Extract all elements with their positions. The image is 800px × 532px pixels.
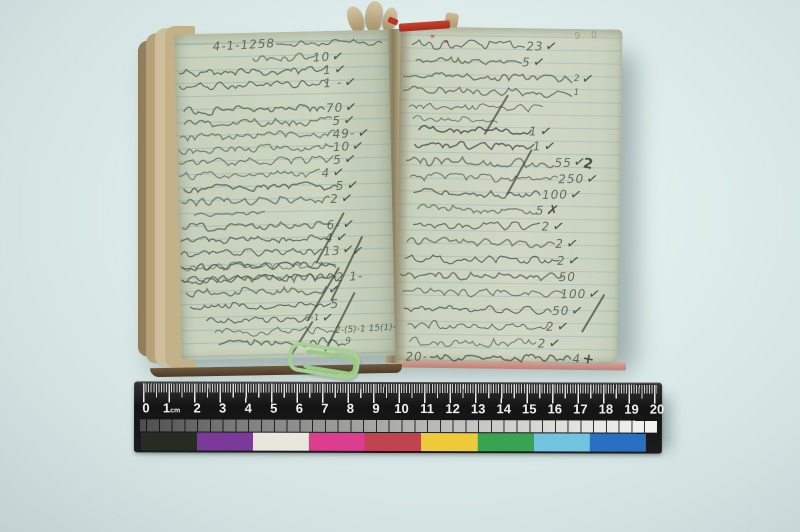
tick-mark: ✓ bbox=[544, 38, 557, 56]
scale-ruler: 01cm234567891011121314151617181920 bbox=[134, 381, 662, 453]
handwriting-scribble bbox=[401, 266, 557, 284]
handwriting-amount: 5 bbox=[536, 203, 545, 217]
handwriting-amount: 9 bbox=[345, 336, 351, 346]
handwriting-amount: 1 bbox=[533, 139, 542, 153]
ruler-number-14: 14 bbox=[496, 401, 511, 416]
handwriting-amount: 5 bbox=[522, 55, 531, 69]
handwriting-amount: 100 bbox=[542, 187, 568, 201]
handwriting-amount: 4 bbox=[572, 352, 581, 366]
handwriting-amount: 50 bbox=[552, 304, 570, 318]
handwriting-scribble bbox=[412, 36, 524, 54]
tick-mark: ✓2 bbox=[572, 154, 592, 173]
ruler-number-11: 11 bbox=[420, 401, 434, 416]
handwriting-scribble bbox=[407, 233, 553, 251]
ruler-number-10: 10 bbox=[394, 401, 409, 416]
color-patch-red bbox=[365, 433, 421, 451]
tick-mark: ✓ bbox=[580, 70, 593, 88]
handwriting-scribble bbox=[413, 217, 539, 235]
ruler-number-9: 9 bbox=[372, 401, 379, 416]
ruler-number-0: 0 bbox=[142, 400, 149, 415]
tick-mark: ✓ bbox=[343, 74, 355, 91]
ruler-number-8: 8 bbox=[347, 401, 354, 416]
color-patch-purple bbox=[197, 432, 253, 450]
tick-mark: ✓ bbox=[343, 151, 355, 168]
handwriting-amount: 2 bbox=[541, 220, 550, 234]
ruler-number-16: 16 bbox=[548, 401, 563, 416]
color-patch-black bbox=[141, 432, 197, 450]
ruler-number-4: 4 bbox=[245, 401, 252, 416]
handwriting-scribble bbox=[430, 349, 570, 367]
handwriting-amount: 2 bbox=[330, 192, 339, 206]
handwriting-amount: 2 bbox=[555, 237, 564, 251]
handwriting-line: 50 bbox=[401, 266, 577, 285]
tick-mark: ✓ bbox=[564, 235, 577, 253]
ruler-number-2: 2 bbox=[193, 400, 200, 415]
handwriting-amount: 100 bbox=[560, 287, 586, 301]
color-patch-green bbox=[477, 433, 533, 451]
handwriting-head: 20- bbox=[405, 349, 428, 363]
handwriting-scribble bbox=[402, 283, 558, 301]
ruler-number-6: 6 bbox=[296, 401, 303, 416]
handwriting-amount: 55 bbox=[554, 156, 572, 170]
tick-mark: ✓ bbox=[340, 190, 352, 207]
handwriting-amount: 2 bbox=[574, 74, 580, 84]
tick-mark: + bbox=[581, 350, 594, 368]
tick-mark: ✓ bbox=[587, 286, 600, 304]
ruler-number-13: 13 bbox=[471, 401, 486, 416]
handwriting-line: 20-4+ bbox=[405, 348, 592, 367]
ruler-number-12: 12 bbox=[445, 401, 460, 416]
tick-mark: ✓ bbox=[531, 54, 544, 72]
handwriting-amount: 1 bbox=[574, 88, 580, 98]
handwriting-scribble bbox=[179, 75, 321, 94]
handwriting-scribble bbox=[416, 53, 520, 71]
handwriting-amount: 23 bbox=[526, 39, 544, 53]
handwriting-amount: 50 bbox=[559, 270, 577, 284]
tick-mark: ✗ bbox=[545, 202, 558, 220]
ruler-number-7: 7 bbox=[321, 401, 328, 416]
handwriting-line: 2✓ bbox=[413, 217, 562, 235]
handwriting-scribble bbox=[418, 201, 534, 219]
open-notebook: 4-1-125810✓1✓1 -✓70✓5✓49-✓10✓5✓4✓5✓2✓6-✓… bbox=[138, 24, 630, 376]
handwriting-amount: 1 - bbox=[323, 75, 343, 90]
color-patch-light-blue bbox=[534, 433, 590, 451]
tick-mark: ✓ bbox=[570, 302, 583, 320]
ruler-number-17: 17 bbox=[573, 401, 588, 416]
ruler-number-15: 15 bbox=[522, 401, 537, 416]
tick-mark: ✓ bbox=[542, 138, 555, 156]
handwriting-amount: 2 bbox=[546, 320, 555, 334]
left-page: 4-1-125810✓1✓1 -✓70✓5✓49-✓10✓5✓4✓5✓2✓6-✓… bbox=[174, 30, 395, 361]
ruler-number-3: 3 bbox=[219, 401, 226, 416]
handwriting-amount: 2 bbox=[538, 336, 547, 350]
handwriting-scribble bbox=[414, 185, 540, 203]
handwriting-line: 2✓ bbox=[407, 233, 576, 252]
handwriting-scribble bbox=[415, 137, 531, 155]
color-patch-white bbox=[253, 433, 309, 451]
handwriting-scribble bbox=[408, 316, 544, 334]
handwriting-line: 100✓ bbox=[402, 283, 598, 302]
unit-label: cm bbox=[170, 407, 180, 414]
tick-mark: ✓ bbox=[566, 252, 579, 270]
torn-paper-tassel bbox=[364, 0, 383, 32]
tick-mark: ✓ bbox=[568, 186, 581, 204]
colour-calibration-strip bbox=[141, 432, 646, 451]
handwriting-line: 1 -✓ bbox=[179, 74, 354, 94]
ruler-number-5: 5 bbox=[270, 401, 277, 416]
ruler-number-1: 1cm bbox=[163, 400, 180, 415]
tick-mark: ✓ bbox=[551, 218, 564, 236]
tick-mark: ✓ bbox=[585, 171, 598, 189]
right-page: 9 0 23✓5✓2✓11✓1✓55✓2250✓100✓5✗2✓2✓2✓5010… bbox=[395, 26, 622, 363]
color-patch-blue bbox=[590, 434, 646, 452]
color-patch-yellow bbox=[421, 433, 477, 451]
handwriting-amount: 250 bbox=[558, 172, 584, 186]
ruler-number-20: 20 bbox=[650, 402, 665, 417]
handwriting-line: 5✓ bbox=[416, 53, 543, 71]
ruler-number-18: 18 bbox=[599, 402, 614, 417]
handwriting-line: 2✓ bbox=[408, 316, 567, 334]
handwriting-amount: 1 bbox=[529, 124, 538, 138]
handwriting-amount: 2 bbox=[557, 254, 566, 268]
ruler-numbers: 01cm234567891011121314151617181920 bbox=[134, 400, 662, 418]
metal-band bbox=[139, 419, 657, 432]
ruler-number-19: 19 bbox=[624, 402, 639, 417]
photograph-background: 4-1-125810✓1✓1 -✓70✓5✓49-✓10✓5✓4✓5✓2✓6-✓… bbox=[0, 0, 800, 532]
color-patch-magenta bbox=[309, 433, 365, 451]
tick-mark: ✓ bbox=[555, 318, 568, 336]
faint-corner-marks: 9 0 bbox=[574, 31, 601, 42]
